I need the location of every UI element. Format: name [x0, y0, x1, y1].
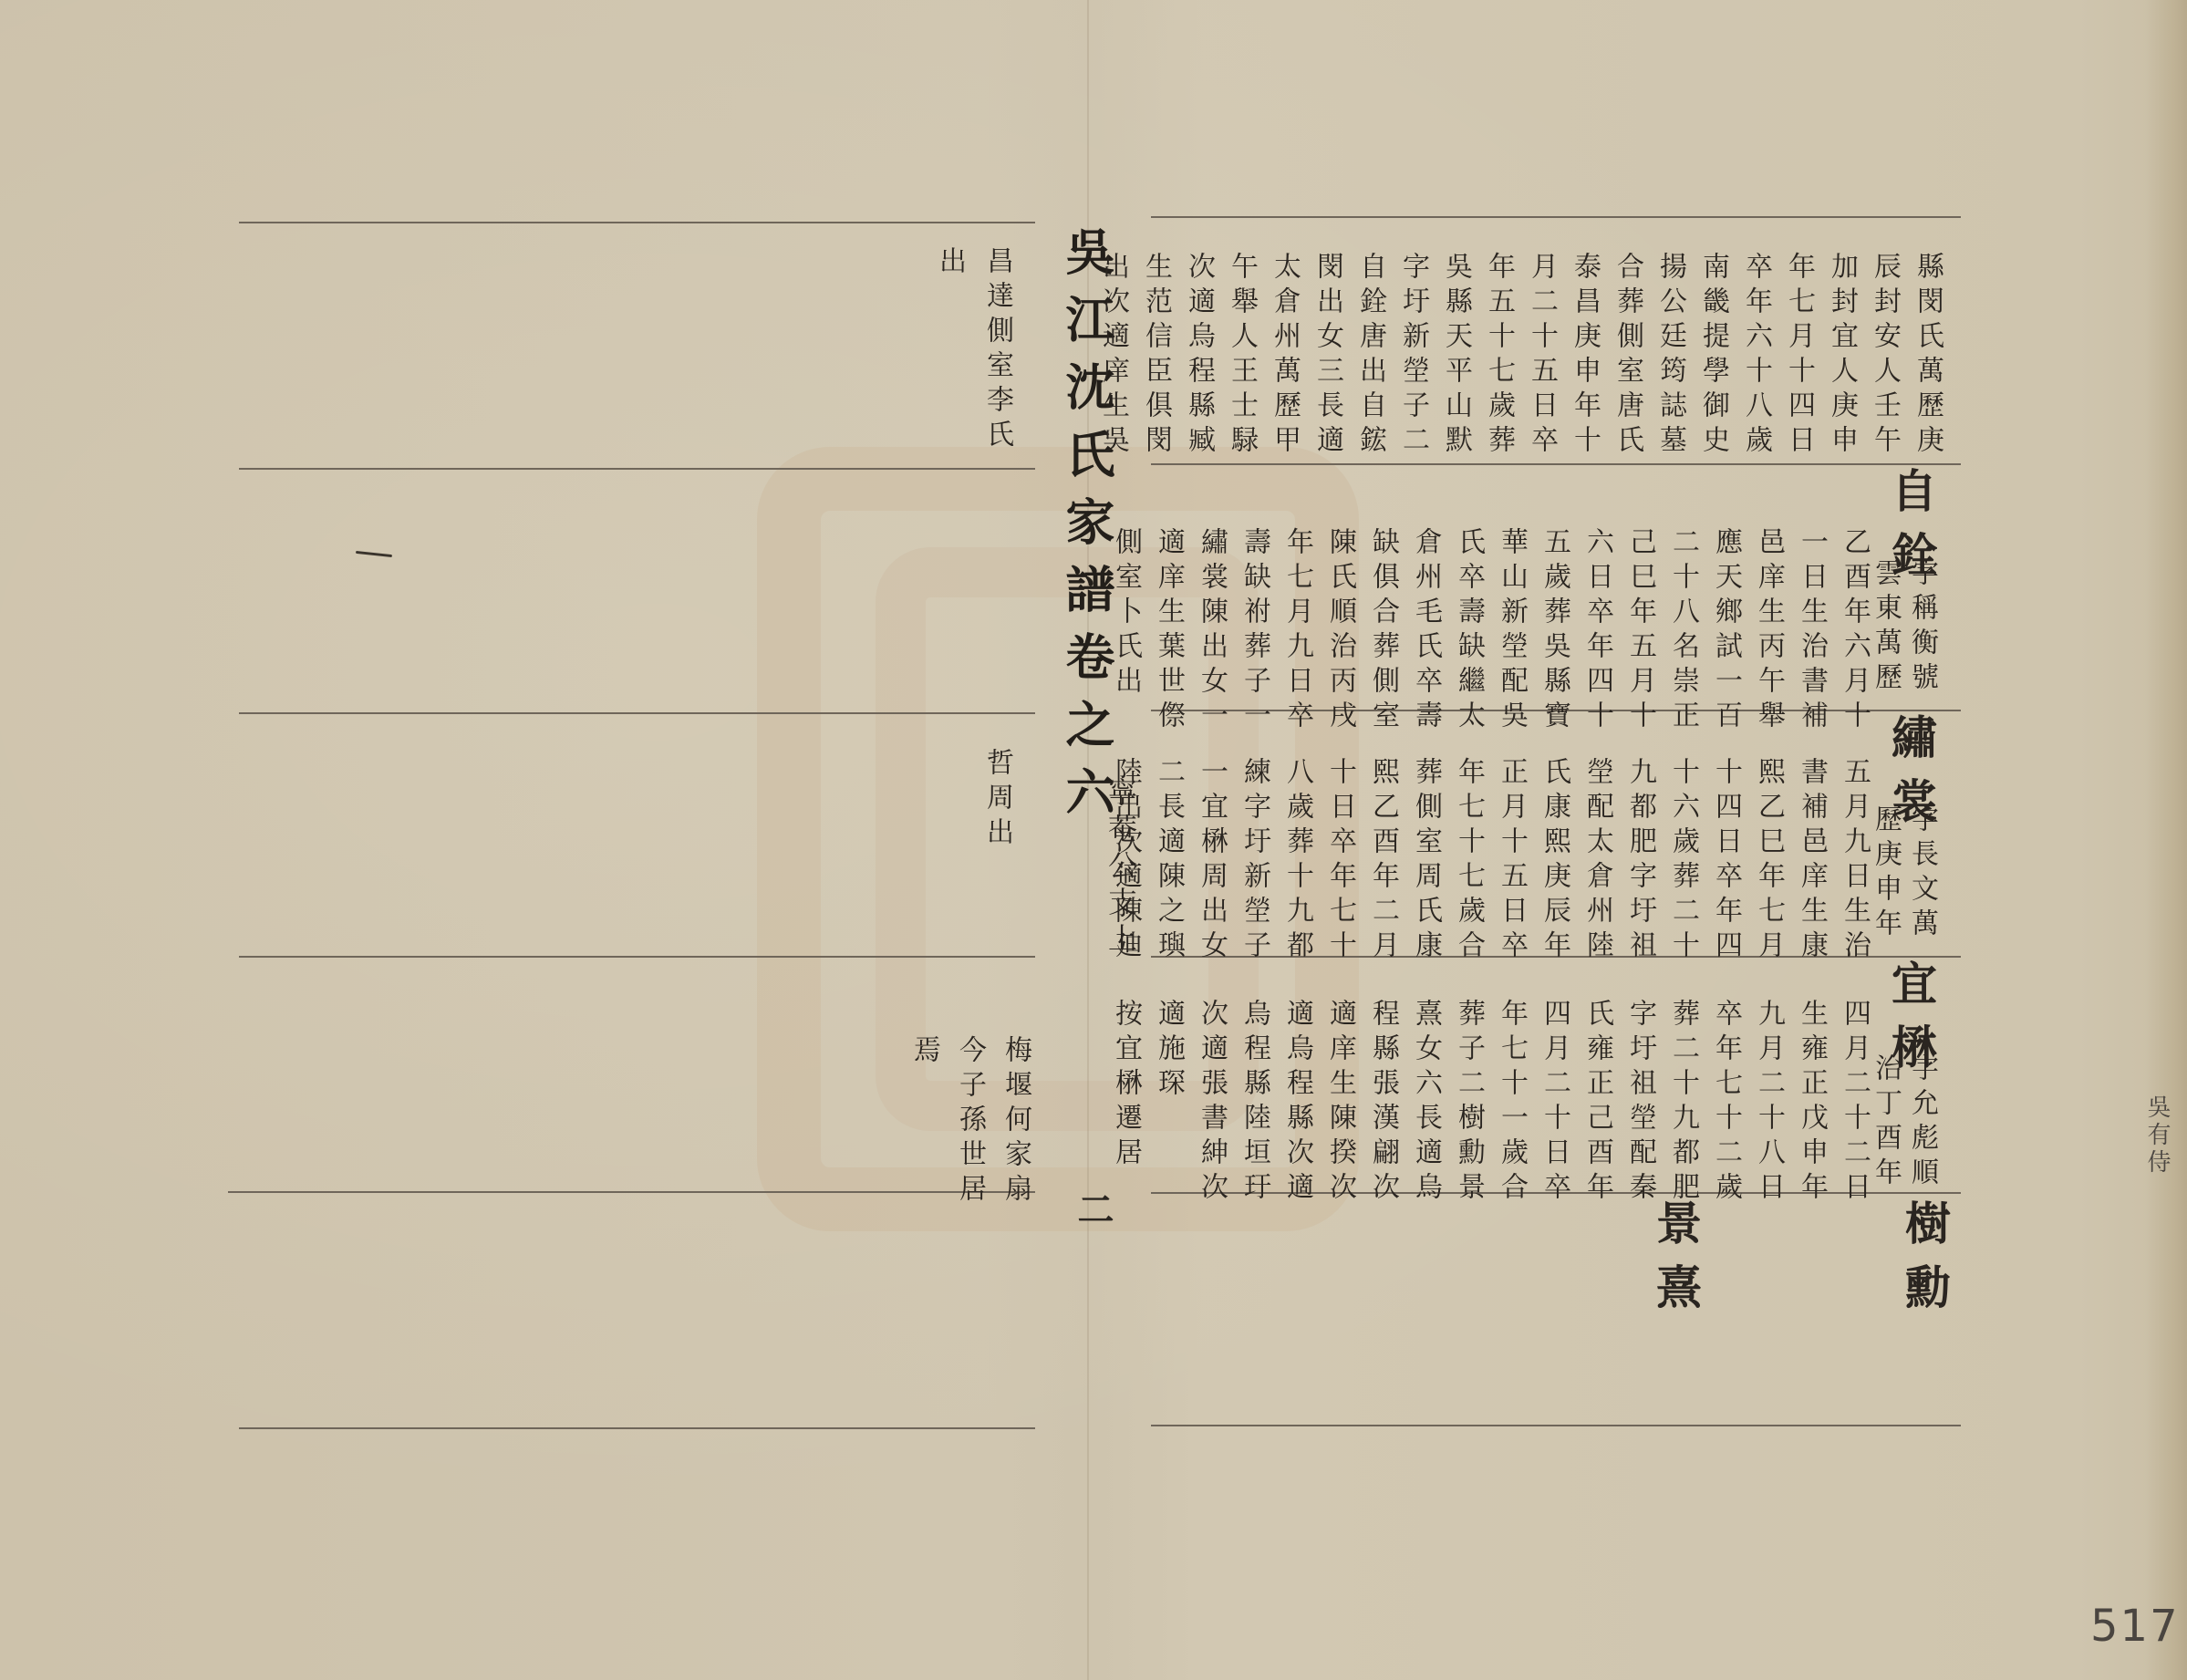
- left-rule-6: [239, 1427, 1035, 1429]
- text-column: 十六歲葬二十: [1669, 757, 1696, 965]
- text-column: 四月二十日卒: [1540, 999, 1568, 1207]
- pencil-annotation-page-count: 517: [2090, 1601, 2180, 1652]
- courtesy-column: 治丁酉年: [1871, 1053, 1899, 1192]
- text-column: 吳縣天平山默: [1442, 252, 1469, 460]
- text-column: 南畿提學御史: [1699, 252, 1726, 460]
- text-column: 氏雍正己酉年: [1583, 999, 1611, 1207]
- courtesy-block-3: 字長文萬 歷庚申年: [1871, 804, 1935, 943]
- text-column: 自銓唐出自鋐: [1356, 252, 1384, 460]
- text-column: 陳氏順治丙戌: [1326, 527, 1353, 735]
- text-column: 生雍正戊申年: [1798, 999, 1825, 1207]
- text-column: 五月九日生治: [1840, 757, 1868, 965]
- text-column: 出次適庠生吳: [1099, 252, 1126, 460]
- left-rule-2: [239, 468, 1035, 470]
- text-column: 太倉州萬歷甲: [1270, 252, 1298, 460]
- text-column: 九都肥字圩祖: [1626, 757, 1653, 965]
- entry-block-4: 四月二十二日 生雍正戊申年 九月二十八日 卒年七十二歲 葬二十九都肥 字圩祖塋配…: [1112, 999, 1868, 1207]
- text-column: 邑庠生丙午舉: [1755, 527, 1782, 735]
- text-column: 月二十五日卒: [1528, 252, 1555, 460]
- page-number: 二: [1074, 1190, 1111, 1227]
- note-column: 哲周出: [983, 748, 1011, 852]
- text-column: 午舉人王士騄: [1228, 252, 1255, 460]
- left-rule-3: [239, 712, 1035, 714]
- text-column: 應天鄉試一百: [1712, 527, 1739, 735]
- courtesy-column: 雲東萬歷: [1871, 558, 1899, 697]
- text-column: 書補邑庠生康: [1798, 757, 1825, 965]
- left-note-zhe: 哲周出: [983, 748, 1011, 852]
- left-rule-1: [239, 222, 1035, 223]
- left-note-changda: 昌達側室李氏 出: [936, 246, 1011, 454]
- left-note-meiyan: 梅堰何家扇 今子孫世居 焉: [910, 1035, 1029, 1208]
- note-column: 出: [936, 246, 963, 454]
- entry-block-3: 五月九日生治 書補邑庠生康 熙乙巳年七月 十四日卒年四 十六歲葬二十 九都肥字圩…: [1112, 757, 1868, 965]
- text-column: 泰昌庚申年十: [1570, 252, 1598, 460]
- text-column: 年七十七歲合: [1455, 757, 1482, 965]
- text-column: 字圩新塋子二: [1399, 252, 1426, 460]
- text-column: 陸出次適陳廸: [1112, 757, 1139, 965]
- text-column: 次適烏程縣臧: [1185, 252, 1212, 460]
- text-column: 一日生治書補: [1798, 527, 1825, 735]
- courtesy-block-2: 字稱衡號 雲東萬歷: [1871, 558, 1935, 697]
- entry-block-2: 乙酉年六月十 一日生治書補 邑庠生丙午舉 應天鄉試一百 二十八名崇正 己巳年五月…: [1112, 527, 1868, 735]
- text-column: 次適張書紳次: [1197, 999, 1225, 1207]
- text-column: 四月二十二日: [1840, 999, 1868, 1207]
- text-column: 二長適陳之璵: [1155, 757, 1182, 965]
- person-name-jingxi: 景熹: [1653, 1199, 1698, 1327]
- right-rule-1: [1151, 216, 1961, 218]
- page-edge-shadow: [2145, 0, 2187, 1680]
- text-column: 適烏程縣次適: [1283, 999, 1311, 1207]
- text-column: 生范信臣俱閔: [1142, 252, 1169, 460]
- text-column: 按宜楙遷居: [1112, 999, 1139, 1207]
- text-column: 倉州毛氏卒壽: [1412, 527, 1439, 735]
- text-column: 壽缺祔葬子一: [1240, 527, 1268, 735]
- text-column: 氏康熙庚辰年: [1540, 757, 1568, 965]
- text-column: 年五十七歲葬: [1485, 252, 1512, 460]
- right-rule-6: [1151, 1425, 1961, 1426]
- note-column: 梅堰何家扇: [1001, 1035, 1029, 1208]
- text-column: 字圩祖塋配秦: [1626, 999, 1653, 1207]
- text-column: 烏程縣陸垣玗: [1240, 999, 1268, 1207]
- courtesy-column: 字稱衡號: [1908, 558, 1935, 697]
- text-column: 塋配太倉州陸: [1583, 757, 1611, 965]
- note-column: 昌達側室李氏: [983, 246, 1011, 454]
- text-column: 乙酉年六月十: [1840, 527, 1868, 735]
- pencil-annotation-top: 吳有侍: [2145, 1094, 2169, 1177]
- text-column: 氏卒壽缺繼太: [1455, 527, 1482, 735]
- entry-block-1: 縣閔氏萬歷庚 辰封安人壬午 加封宜人庚申 年七月十四日 卒年六十八歲 南畿提學御…: [1099, 252, 1941, 460]
- text-column: 年七月十四日: [1785, 252, 1812, 460]
- text-column: 側室卜氏出: [1112, 527, 1139, 735]
- courtesy-block-4: 字允彪順 治丁酉年: [1871, 1053, 1935, 1192]
- text-column: 己巳年五月十: [1626, 527, 1653, 735]
- courtesy-column: 歷庚申年: [1871, 804, 1899, 943]
- text-column: 熙乙酉年二月: [1369, 757, 1396, 965]
- text-column: 閔出女三長適: [1313, 252, 1341, 460]
- text-column: 五歲葬吳縣寶: [1540, 527, 1568, 735]
- text-column: 年七月九日卒: [1283, 527, 1311, 735]
- text-column: 正月十五日卒: [1498, 757, 1525, 965]
- text-column: 十四日卒年四: [1712, 757, 1739, 965]
- text-column: 繡裳陳出女一: [1197, 527, 1225, 735]
- note-column: 焉: [910, 1035, 938, 1208]
- text-column: 揚公廷筠誌墓: [1656, 252, 1684, 460]
- text-column: 熹女六長適烏: [1412, 999, 1439, 1207]
- courtesy-column: 字長文萬: [1908, 804, 1935, 943]
- text-column: 辰封安人壬午: [1871, 252, 1898, 460]
- text-column: 缺俱合葬側室: [1369, 527, 1396, 735]
- text-column: 熙乙巳年七月: [1755, 757, 1782, 965]
- note-column: 今子孫世居: [956, 1035, 983, 1208]
- text-column: 六日卒年四十: [1583, 527, 1611, 735]
- text-column: 九月二十八日: [1755, 999, 1782, 1207]
- right-rule-2: [1151, 463, 1961, 465]
- text-column: 二十八名崇正: [1669, 527, 1696, 735]
- courtesy-column: 字允彪順: [1908, 1053, 1935, 1192]
- person-name-shuxun: 樹勳: [1902, 1199, 1947, 1327]
- left-rule-4: [239, 956, 1035, 958]
- text-column: 適施琛: [1155, 999, 1182, 1207]
- text-column: 一宜楙周出女: [1197, 757, 1225, 965]
- text-column: 卒年七十二歲: [1712, 999, 1739, 1207]
- text-column: 合葬側室唐氏: [1613, 252, 1641, 460]
- text-column: 十日卒年七十: [1326, 757, 1353, 965]
- text-column: 華山新塋配吳: [1498, 527, 1525, 735]
- text-column: 適庠生葉世傺: [1155, 527, 1182, 735]
- text-column: 葬側室周氏康: [1412, 757, 1439, 965]
- text-column: 年七十一歲合: [1498, 999, 1525, 1207]
- text-column: 適庠生陳揆次: [1326, 999, 1353, 1207]
- text-column: 練字圩新塋子: [1240, 757, 1268, 965]
- text-column: 葬子二樹勳景: [1455, 999, 1482, 1207]
- text-column: 程縣張漢翩次: [1369, 999, 1396, 1207]
- text-column: 卒年六十八歲: [1742, 252, 1769, 460]
- text-column: 縣閔氏萬歷庚: [1913, 252, 1941, 460]
- text-column: 葬二十九都肥: [1669, 999, 1696, 1207]
- text-column: 加封宜人庚申: [1828, 252, 1855, 460]
- text-column: 八歲葬十九都: [1283, 757, 1311, 965]
